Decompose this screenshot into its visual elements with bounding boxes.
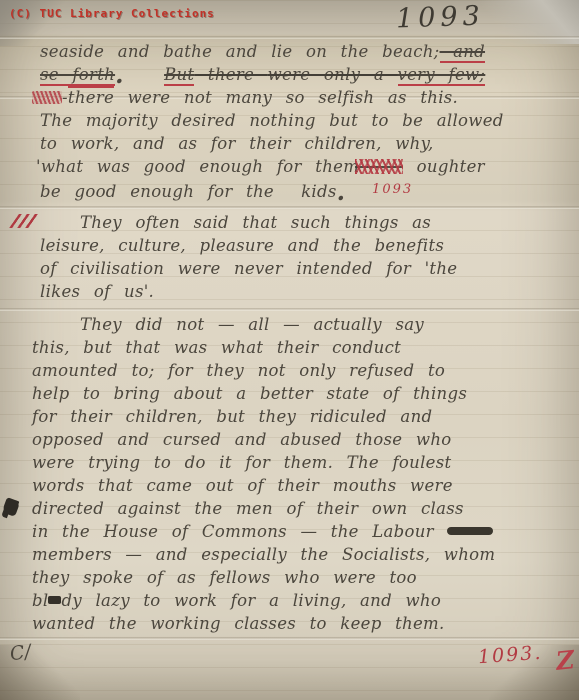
page-number-bottom-red: 1093. [477,642,543,668]
manuscript-line: They often said that such things as [32,211,577,234]
bottom-left-notation: C/ [9,641,33,666]
text-segment-st-ru: very few; [398,65,486,86]
manuscript-line: leisure, culture, pleasure and the benef… [32,234,577,257]
red-initial-mark: Z [555,645,576,676]
paper-seam [0,36,579,39]
manuscript-line: for their children, but they ridiculed a… [32,405,577,428]
text-segment [123,65,164,84]
manuscript-line: of civilisation were never intended for … [32,257,577,280]
text-segment: They did not — all — actually say [80,315,424,334]
text-segment-st-ru: se forth [40,65,115,86]
text-segment-rednum: 1093 [372,182,413,197]
manuscript-line: words that came out of their mouths were [32,474,577,497]
text-segment-bigdot: . [337,177,345,206]
text-segment-blot-sm [48,596,61,604]
text-segment: - [62,88,68,107]
text-segment: The majority desired nothing but to be a… [40,111,504,130]
manuscript-line: to work, and as for their children, why, [32,132,577,155]
text-segment: to work, and as for their children, why, [40,134,434,153]
text-segment: were trying to do it for them. The foule… [32,453,451,472]
text-segment: seaside and bathe and lie on the beach; [40,42,440,61]
text-segment: of civilisation were never intended for … [40,259,457,278]
text-segment: words that came out of their mouths were [32,476,453,495]
text-segment: 'what was good enough for them [36,157,359,176]
text-segment-st-ru: But [164,65,194,86]
manuscript-line: likes of us'. [32,280,577,303]
manuscript-line: amounted to; for they not only refused t… [32,359,577,382]
scanned-manuscript-page: (C) TUC Library Collections 1093 seaside… [0,0,579,700]
manuscript-line: were trying to do it for them. The foule… [32,451,577,474]
manuscript-line: be good enough for the kids. 1093 [32,178,577,201]
manuscript-line: members — and especially the Socialists,… [32,543,577,566]
copyright-watermark: (C) TUC Library Collections [9,7,215,20]
manuscript-line: 'what was good enough for them oughter [32,155,577,178]
manuscript-line: seaside and bathe and lie on the beach; … [32,40,577,63]
text-segment: help to bring about a better state of th… [32,384,467,403]
text-segment: leisure, culture, pleasure and the benef… [40,236,444,255]
text-segment: opposed and cursed and abused those who [32,430,452,449]
text-segment: directed against the men of their own cl… [32,499,464,518]
text-segment: for their children, but they ridiculed a… [32,407,432,426]
text-segment: be good enough for the kids [40,182,337,201]
text-segment: were not many so selfish as this. [114,88,458,107]
text-segment-redscrib [32,91,62,104]
text-segment-scribmix [355,159,403,174]
text-segment: likes of us'. [40,282,154,301]
manuscript-line: directed against the men of their own cl… [32,497,577,520]
paper-seam [0,637,579,640]
text-segment: in the House of Commons — the Labour [32,522,447,541]
text-segment: They often said that such things as [80,213,431,232]
page-number-top: 1093 [395,0,485,34]
manuscript-line: wanted the working classes to keep them. [32,612,577,635]
manuscript-line: in the House of Commons — the Labour [32,520,577,543]
text-segment: oughter [403,157,485,176]
manuscript-line: se forth. But there were only a very few… [32,63,577,86]
text-segment: they spoke of as fellows who were too [32,568,417,587]
text-segment: this, but that was what their conduct [32,338,401,357]
text-segment-blot-lg [447,527,493,535]
manuscript-line: They did not — all — actually say [32,313,577,336]
text-segment-st-ru: and [440,42,485,63]
text-segment-st: were only a [268,65,398,84]
text-segment: amounted to; for they not only refused t… [32,361,445,380]
text-segment-st: there [194,65,267,84]
text-segment-rov: there [68,86,114,107]
manuscript-line: they spoke of as fellows who were too [32,566,577,589]
manuscript-line: The majority desired nothing but to be a… [32,109,577,132]
text-segment [345,182,372,201]
manuscript-line: opposed and cursed and abused those who [32,428,577,451]
manuscript-line: help to bring about a better state of th… [32,382,577,405]
text-segment: dy lazy to work for a living, and who [61,591,441,610]
text-segment: members — and especially the Socialists,… [32,545,495,564]
manuscript-text: seaside and bathe and lie on the beach; … [32,40,577,635]
manuscript-line: bldy lazy to work for a living, and who [32,589,577,612]
text-segment: bl [32,591,48,610]
text-segment: wanted the working classes to keep them. [32,614,445,633]
manuscript-line: -there were not many so selfish as this. [32,86,577,109]
manuscript-line: this, but that was what their conduct [32,336,577,359]
